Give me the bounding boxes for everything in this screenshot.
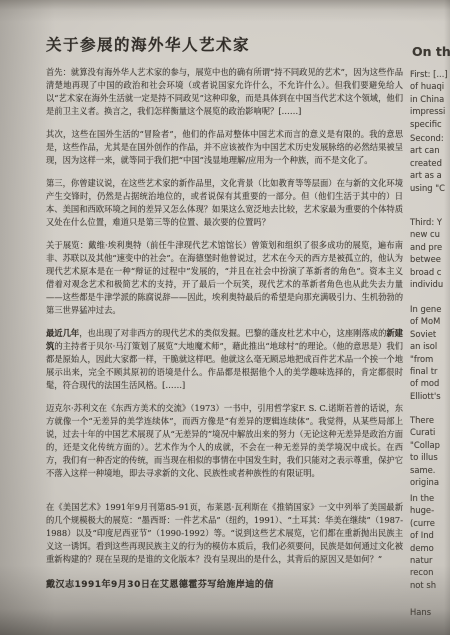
text-run: 在《美国艺术》1991年9月刊第85-91页，布莱恩·瓦利斯在《推销国家》一文中… [46,502,403,564]
english-line-fragment: Second: [410,132,445,144]
english-line-fragment: recon [410,566,436,578]
english-line-fragment: not sh [410,579,436,591]
english-line-fragment: final tr [410,365,441,377]
english-paragraph-fragment: ThereCurati"Collapto illussame.origina [410,414,440,488]
english-line-fragment: impressi [410,105,448,117]
paragraphs-container: 首先：就算没有海外华人艺术家的参与，展览中也的确有所谓“持不同政见的艺术”，因为… [46,66,403,566]
english-title: On th [412,44,450,59]
paragraph: 最近几年，也出现了对非西方的现代艺术的类似发掘。巴黎的蓬皮杜艺术中心，这座刚落成… [46,327,403,392]
english-paragraph-fragment: First: [...]of huaqiin Chinaimpressispec… [410,68,448,130]
english-line-fragment: demo [410,542,436,554]
english-line-fragment: Third: Y [410,216,443,228]
english-line-fragment: individu [410,278,443,290]
book-page-photo: 关于参展的海外华人艺术家 首先：就算没有海外华人艺术家的参与，展览中也的确有所谓… [0,0,450,635]
english-paragraph-fragment: In thehuge-(curreof Inddemonaturreconnot… [410,492,436,591]
paragraph: 迈克尔·苏利文在《东西方美术的交流》（1973）一书中，引用哲学家F. S. C… [46,402,403,480]
text-run: 迈克尔·苏利文在《东西方美术的交流》（1973）一书中，引用哲学家F. S. C… [46,403,403,478]
english-paragraph-fragment: Third: Ynew cuand prebetweebroad cindivi… [410,216,443,290]
english-line-fragment: in China [410,93,448,105]
text-run: ，也出现了对非西方的现代艺术的类似发掘。巴黎的蓬皮杜艺术中心，这座刚落成的 [79,328,386,338]
text-run: 的主持者于贝尔·马汀策划了展览“大地魔术师”，藉此推出“地球村”的理论。（他的意… [46,341,403,390]
english-line-fragment: of mod [410,377,441,389]
english-line-fragment: Soviet [410,328,441,340]
english-line-fragment: art can [410,144,445,156]
english-paragraph-fragment: In geneof MoMSovietan isol"fromfinal tro… [410,303,441,402]
english-line-fragment: art as a [410,169,445,181]
english-line-fragment: and pre [410,241,443,253]
english-line-fragment: "from [410,353,441,365]
english-line-fragment: origina [410,476,440,488]
english-line-fragment: There [410,414,440,426]
english-paragraph-fragment: Hans [410,606,431,618]
english-line-fragment: created [410,157,445,169]
english-line-fragment: specific [410,118,448,130]
english-line-fragment: of MoM [410,315,441,327]
letter-caption: 戴汉志1991年9月30日在艾恩德霍芬写给施岸迪的信 [46,579,403,592]
english-line-fragment: First: [...] [410,68,448,80]
english-line-fragment: Elliott's [410,390,441,402]
english-line-fragment: natur [410,554,436,566]
chinese-column: 关于参展的海外华人艺术家 首先：就算没有海外华人艺术家的参与，展览中也的确有所谓… [46,34,403,592]
english-line-fragment: of Ind [410,529,436,541]
paragraph: 在《美国艺术》1991年9月刊第85-91页，布莱恩·瓦利斯在《推销国家》一文中… [46,501,403,566]
english-line-fragment: broad c [410,266,443,278]
english-line-fragment: huge- [410,504,436,516]
text-run: 其次，这些在国外生活的“冒险者”，他们的作品对整体中国艺术而言的意义是有限的。我… [46,129,403,165]
english-line-fragment: "Collap [410,439,440,451]
bold-text-run: 最近几年 [46,328,79,338]
english-line-fragment: In gene [410,303,441,315]
text-run: 第三，你曾建议说，在这些艺术家的新作品里，文化背景（比如教育等等层面）在与新的文… [46,178,403,227]
english-line-fragment: of huaqi [410,80,448,92]
english-paragraph-fragment: Second:art cancreatedart as ausing "C [410,132,445,194]
english-line-fragment: betwee [410,253,443,265]
english-line-fragment: to illus [410,451,440,463]
text-run: 首先：就算没有海外华人艺术家的参与，展览中也的确有所谓“持不同政见的艺术”，因为… [46,67,403,116]
paragraph: 首先：就算没有海外华人艺术家的参与，展览中也的确有所谓“持不同政见的艺术”，因为… [46,66,403,118]
english-line-fragment: Curati [410,426,440,438]
text-run: 关于展览：戴维·埃利奥特（前任牛津现代艺术馆馆长）曾策划和组织了很多成功的展览，… [46,240,403,315]
paragraph: 其次，这些在国外生活的“冒险者”，他们的作品对整体中国艺术而言的意义是有限的。我… [46,128,403,167]
english-line-fragment: Hans [410,606,431,618]
page-title: 关于参展的海外华人艺术家 [46,34,403,56]
english-line-fragment: new cu [410,228,443,240]
paragraph: 关于展览：戴维·埃利奥特（前任牛津现代艺术馆馆长）曾策划和组织了很多成功的展览，… [46,239,403,317]
english-line-fragment: (curre [410,517,436,529]
english-line-fragment: same. [410,464,440,476]
paragraph: 第三，你曾建议说，在这些艺术家的新作品里，文化背景（比如教育等等层面）在与新的文… [46,177,403,229]
english-line-fragment: In the [410,492,436,504]
english-line-fragment: using "C [410,182,445,194]
english-line-fragment: an isol [410,340,441,352]
